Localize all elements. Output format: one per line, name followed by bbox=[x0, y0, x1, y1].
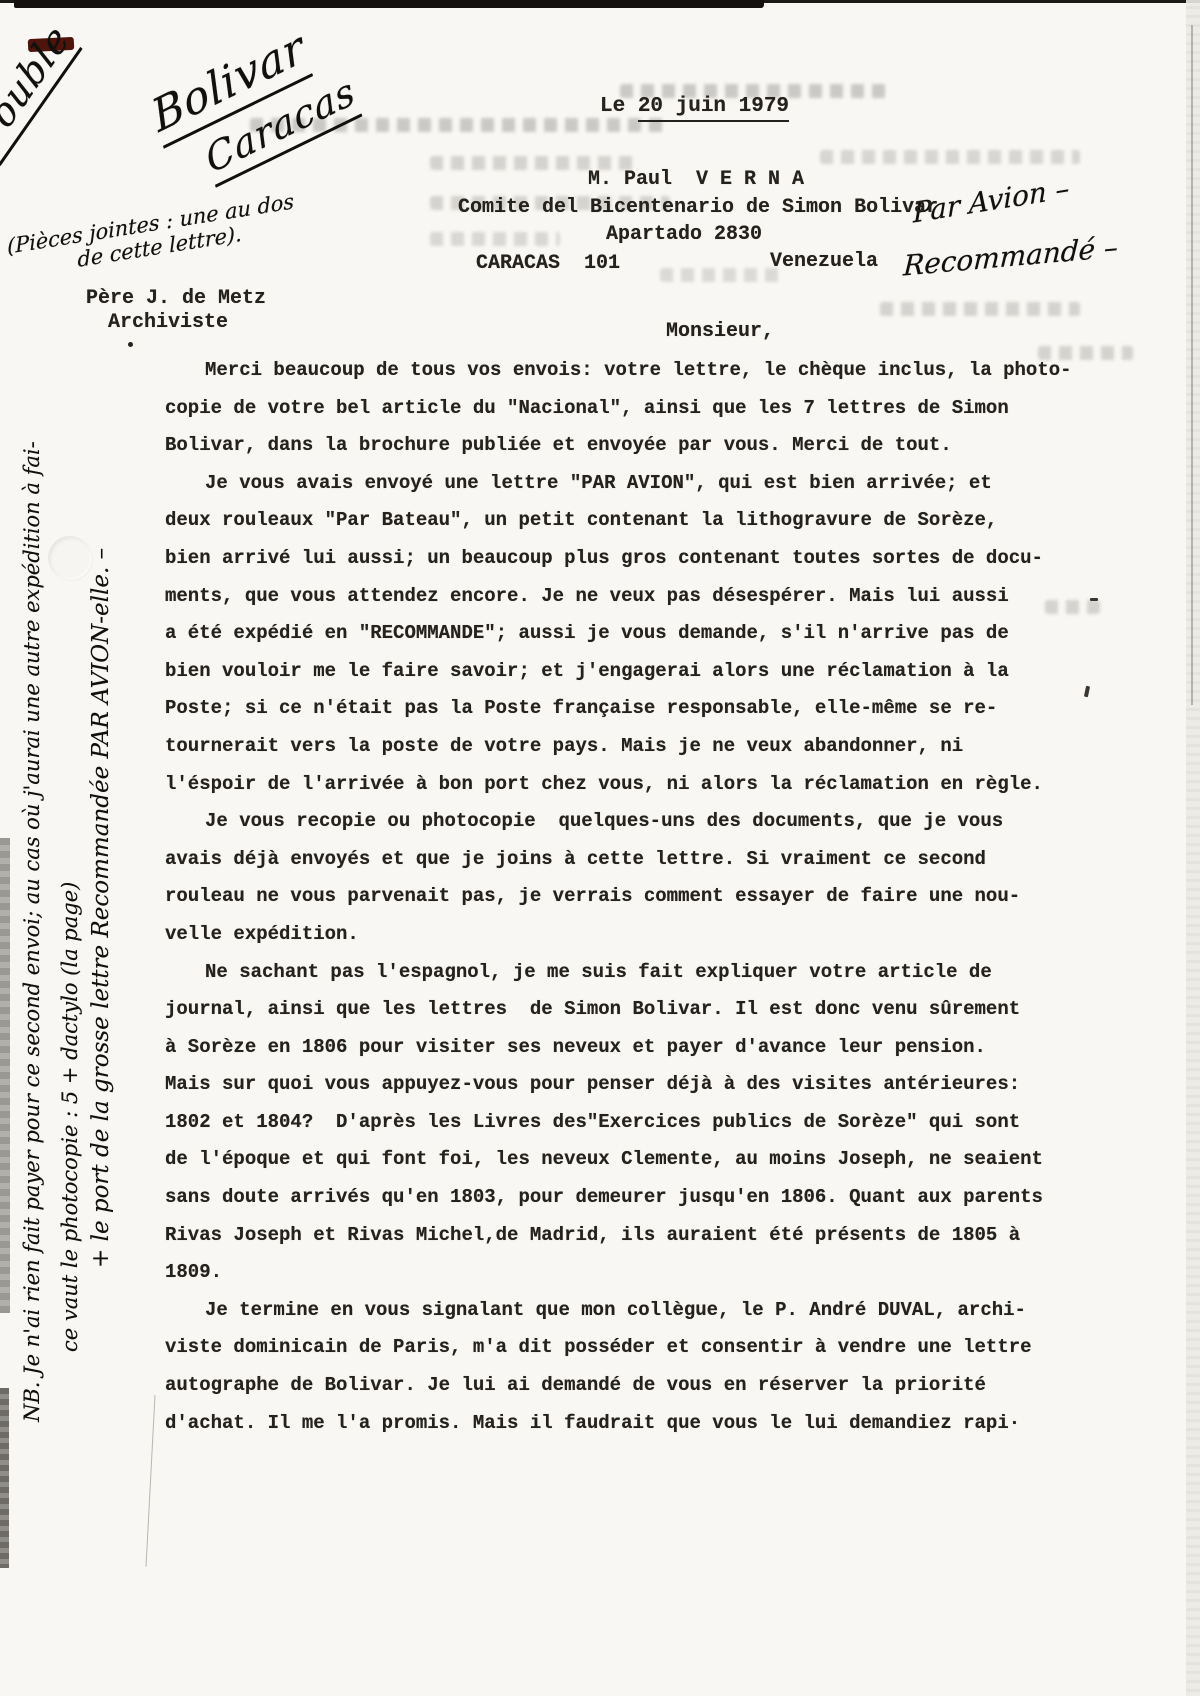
body-line: de l'époque et qui font foi, les neveux … bbox=[165, 1141, 1145, 1179]
body-line: Merci beaucoup de tous vos envois: votre… bbox=[165, 352, 1145, 390]
recipient-org: Comite del Bicentenario de Simon Bolivar bbox=[458, 196, 938, 219]
scan-edge-right bbox=[1186, 0, 1200, 1696]
body-line: journal, ainsi que les lettres de Simon … bbox=[165, 991, 1145, 1029]
body-line: 1802 et 1804? D'après les Livres des"Exe… bbox=[165, 1104, 1145, 1142]
recipient-po-box: Apartado 2830 bbox=[606, 223, 762, 246]
handwritten-double-text: Double bbox=[0, 16, 82, 166]
body-line: bien arrivé lui aussi; un beaucoup plus … bbox=[165, 540, 1145, 578]
body-line: ments, que vous attendez encore. Je ne v… bbox=[165, 578, 1145, 616]
handwritten-recommande: Recommandé – bbox=[903, 230, 1119, 282]
body-line: Je termine en vous signalant que mon col… bbox=[165, 1292, 1145, 1330]
letter-body: Merci beaucoup de tous vos envois: votre… bbox=[165, 352, 1145, 1442]
bleed-through-smudge bbox=[880, 302, 1080, 316]
recipient-name: M. Paul V E R N A bbox=[588, 168, 804, 191]
scan-line-right bbox=[1191, 25, 1193, 705]
body-line: Poste; si ce n'était pas la Poste frança… bbox=[165, 690, 1145, 728]
body-line: a été expédié en "RECOMMANDE"; aussi je … bbox=[165, 615, 1145, 653]
scanned-letter-page: Double Bolivar Caracas (Pièces jointes :… bbox=[0, 0, 1200, 1696]
body-line: à Sorèze en 1806 pour visiter ses neveux… bbox=[165, 1029, 1145, 1067]
scan-edge-left bbox=[0, 838, 10, 1313]
sender-name: Père J. de Metz bbox=[86, 287, 266, 310]
body-line: Ne sachant pas l'espagnol, je me suis fa… bbox=[165, 954, 1145, 992]
letter-date: Le 20 juin 1979 bbox=[600, 95, 789, 118]
letter-date-prefix: Le bbox=[600, 95, 638, 118]
body-line: Mais sur quoi vous appuyez-vous pour pen… bbox=[165, 1066, 1145, 1104]
body-line: avais déjà envoyés et que je joins à cet… bbox=[165, 841, 1145, 879]
handwritten-pieces-jointes: (Pièces jointes : une au dos de cette le… bbox=[7, 189, 296, 283]
handwritten-note-double: Double bbox=[0, 16, 78, 162]
body-line: Rivas Joseph et Rivas Michel,de Madrid, … bbox=[165, 1217, 1145, 1255]
body-line: Bolivar, dans la brochure publiée et env… bbox=[165, 427, 1145, 465]
body-line: velle expédition. bbox=[165, 916, 1145, 954]
margin-note-port: + le port de la grosse lettre Recommandé… bbox=[88, 548, 114, 1268]
body-line: copie de votre bel article du "Nacional"… bbox=[165, 390, 1145, 428]
body-line: 1809. bbox=[165, 1254, 1145, 1292]
bleed-through-smudge bbox=[820, 150, 1080, 164]
bleed-through-smudge bbox=[660, 268, 780, 282]
body-line: Je vous avais envoyé une lettre "PAR AVI… bbox=[165, 465, 1145, 503]
paper-crease bbox=[145, 1395, 155, 1567]
body-line: autographe de Bolivar. Je lui ai demandé… bbox=[165, 1367, 1145, 1405]
body-line: d'achat. Il me l'a promis. Mais il faudr… bbox=[165, 1405, 1145, 1443]
hole-punch bbox=[48, 536, 92, 580]
body-line: deux rouleaux "Par Bateau", un petit con… bbox=[165, 502, 1145, 540]
margin-note-cost: ce vaut le photocopie : 5 + dactylo (la … bbox=[58, 882, 82, 1352]
body-line: rouleau ne vous parvenait pas, je verrai… bbox=[165, 878, 1145, 916]
recipient-city: CARACAS 101 bbox=[476, 252, 620, 275]
body-line: tournerait vers la poste de votre pays. … bbox=[165, 728, 1145, 766]
ink-dot bbox=[128, 342, 133, 347]
bleed-through-smudge bbox=[430, 232, 560, 246]
body-line: bien vouloir me le faire savoir; et j'en… bbox=[165, 653, 1145, 691]
letter-date-main: 20 juin 1979 bbox=[638, 95, 789, 122]
scan-edge-top-thick bbox=[14, 0, 764, 8]
salutation: Monsieur, bbox=[666, 320, 774, 343]
margin-note-nb: NB. Je n'ai rien fait payer pour ce seco… bbox=[20, 441, 44, 1422]
scan-edge-left-dark bbox=[0, 1388, 9, 1568]
body-line: Je vous recopie ou photocopie quelques-u… bbox=[165, 803, 1145, 841]
body-line: l'éspoir de l'arrivée à bon port chez vo… bbox=[165, 766, 1145, 804]
body-line: viste dominicain de Paris, m'a dit possé… bbox=[165, 1329, 1145, 1367]
sender-title: Archiviste bbox=[108, 311, 228, 334]
body-line: sans doute arrivés qu'en 1803, pour deme… bbox=[165, 1179, 1145, 1217]
recipient-country: Venezuela bbox=[770, 250, 878, 273]
